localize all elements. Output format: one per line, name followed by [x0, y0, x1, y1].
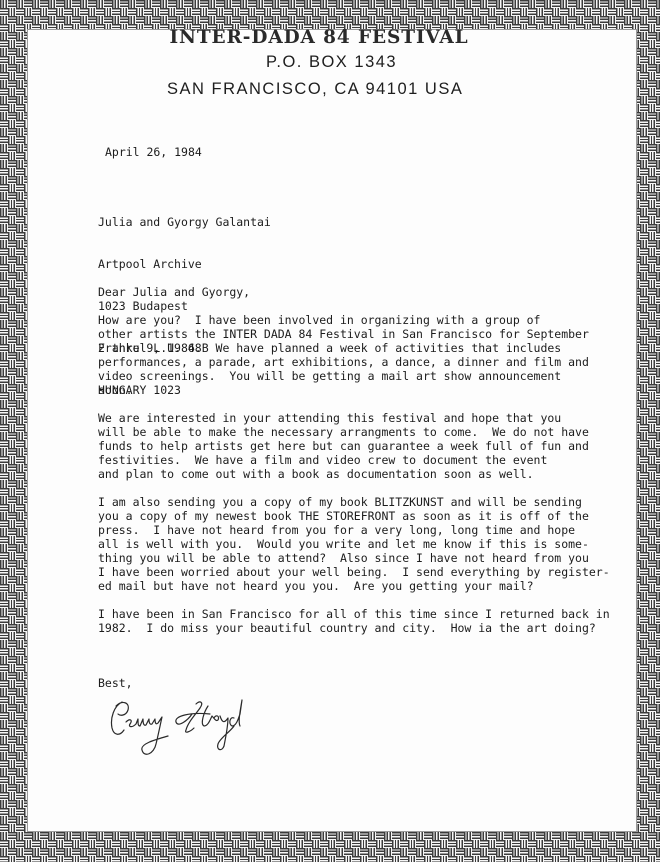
body-line: you a copy of my newest book THE STOREFR…	[98, 509, 610, 523]
letterhead-po-box: P.O. BOX 1343	[266, 53, 397, 72]
body-line: performances, a parade, art exhibitions,…	[98, 355, 589, 369]
body-line: How are you? I have been involved in org…	[98, 313, 589, 327]
letterhead-title-text: INTER-DADA 84 FESTIVAL	[170, 27, 469, 48]
body-line: thing you will be able to attend? Also s…	[98, 551, 610, 565]
body-paragraph-1: How are you? I have been involved in org…	[98, 313, 589, 397]
body-line: 2 thru 9, 1984. We have planned a week o…	[98, 341, 589, 355]
body-line: I have been in San Francisco for all of …	[98, 607, 610, 621]
body-line: all is well with you. Would you write an…	[98, 537, 610, 551]
body-line: press. I have not heard from you for a v…	[98, 523, 610, 537]
address-line: Julia and Gyorgy Galantai	[98, 215, 271, 229]
body-line: I have been worried about your well bein…	[98, 565, 610, 579]
body-paragraph-2: We are interested in your attending this…	[98, 411, 589, 481]
letterhead-title: INTER-DADA 84 FESTIVAL	[0, 27, 660, 48]
body-line: I am also sending you a copy of my book …	[98, 495, 610, 509]
body-paragraph-4: I have been in San Francisco for all of …	[98, 607, 610, 635]
address-line: 1023 Budapest	[98, 299, 271, 313]
body-line: funds to help artists get here but can g…	[98, 439, 589, 453]
body-line: will be able to make the necessary arran…	[98, 425, 589, 439]
body-line: other artists the INTER DADA 84 Festival…	[98, 327, 589, 341]
handwritten-signature-icon	[100, 692, 300, 772]
salutation: Dear Julia and Gyorgy,	[98, 285, 250, 299]
letterhead-city-line: SAN FRANCISCO, CA 94101 USA	[167, 80, 463, 99]
letter-date: April 26, 1984	[105, 145, 202, 159]
body-line: ed mail but have not heard you you. Are …	[98, 579, 610, 593]
body-line: festivities. We have a film and video cr…	[98, 453, 589, 467]
closing: Best,	[98, 676, 133, 690]
address-line: Artpool Archive	[98, 257, 271, 271]
body-line: 1982. I do miss your beautiful country a…	[98, 621, 610, 635]
body-line: We are interested in your attending this…	[98, 411, 589, 425]
body-line: video screenings. You will be getting a …	[98, 369, 589, 383]
body-line: soon.	[98, 383, 589, 397]
body-line: and plan to come out with a book as docu…	[98, 467, 589, 481]
body-paragraph-3: I am also sending you a copy of my book …	[98, 495, 610, 593]
